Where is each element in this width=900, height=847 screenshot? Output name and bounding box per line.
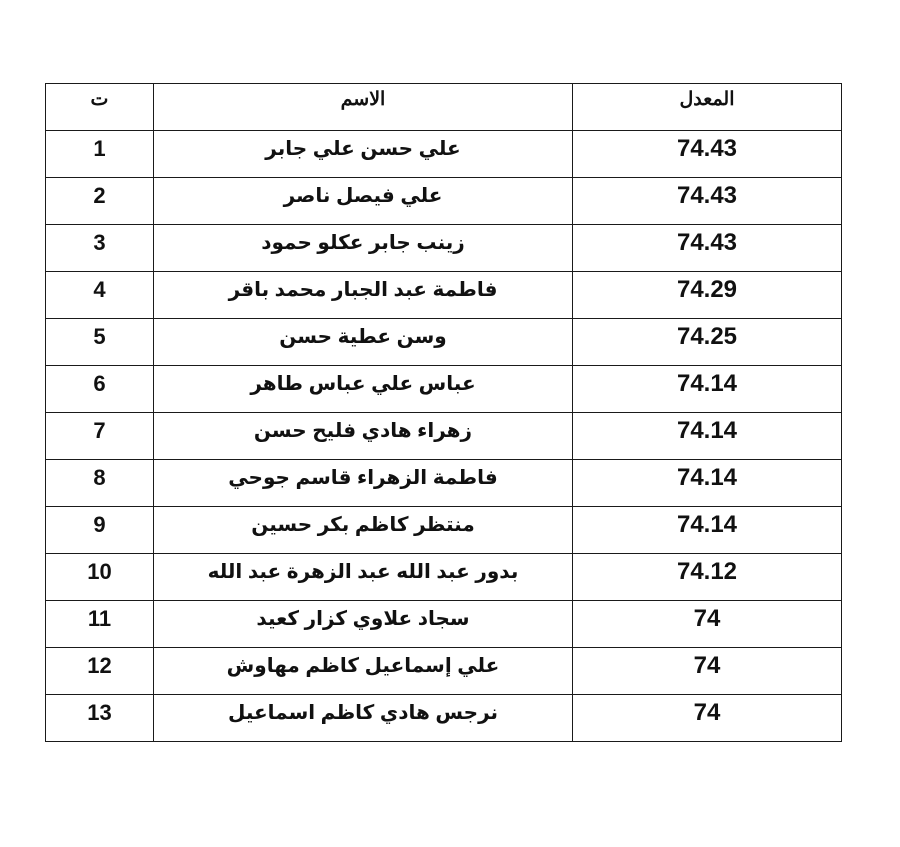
table-row: 11سجاد علاوي كزار كعيد74 [46,601,842,648]
table-row: 13نرجس هادي كاظم اسماعيل74 [46,695,842,742]
table-header-row: ت الاسم المعدل [46,84,842,131]
header-name: الاسم [154,84,573,131]
row-number: 9 [46,507,154,554]
row-number: 13 [46,695,154,742]
row-number: 8 [46,460,154,507]
row-number: 10 [46,554,154,601]
row-number: 2 [46,178,154,225]
row-average: 74.14 [573,460,842,507]
students-average-table: ت الاسم المعدل 1علي حسن علي جابر74.432عل… [45,83,842,742]
row-number: 11 [46,601,154,648]
table-row: 2علي فيصل ناصر74.43 [46,178,842,225]
row-number: 12 [46,648,154,695]
row-name: بدور عبد الله عبد الزهرة عبد الله [154,554,573,601]
row-name: عباس علي عباس طاهر [154,366,573,413]
row-number: 7 [46,413,154,460]
row-average: 74.29 [573,272,842,319]
table-row: 1علي حسن علي جابر74.43 [46,131,842,178]
row-name: نرجس هادي كاظم اسماعيل [154,695,573,742]
row-name: علي إسماعيل كاظم مهاوش [154,648,573,695]
table-row: 10بدور عبد الله عبد الزهرة عبد الله74.12 [46,554,842,601]
row-number: 1 [46,131,154,178]
row-average: 74 [573,695,842,742]
row-average: 74.43 [573,131,842,178]
row-number: 3 [46,225,154,272]
row-name: وسن عطية حسن [154,319,573,366]
table-row: 5وسن عطية حسن74.25 [46,319,842,366]
table-row: 6عباس علي عباس طاهر74.14 [46,366,842,413]
row-name: زينب جابر عكلو حمود [154,225,573,272]
table-row: 8فاطمة الزهراء قاسم جوحي74.14 [46,460,842,507]
row-average: 74.14 [573,366,842,413]
row-average: 74 [573,601,842,648]
table-row: 4فاطمة عبد الجبار محمد باقر74.29 [46,272,842,319]
row-average: 74.14 [573,507,842,554]
row-average: 74.43 [573,225,842,272]
row-name: منتظر كاظم بكر حسين [154,507,573,554]
row-average: 74.12 [573,554,842,601]
header-average: المعدل [573,84,842,131]
row-name: فاطمة الزهراء قاسم جوحي [154,460,573,507]
table-row: 9منتظر كاظم بكر حسين74.14 [46,507,842,554]
row-name: علي حسن علي جابر [154,131,573,178]
row-name: علي فيصل ناصر [154,178,573,225]
row-name: زهراء هادي فليح حسن [154,413,573,460]
table-row: 3زينب جابر عكلو حمود74.43 [46,225,842,272]
row-number: 4 [46,272,154,319]
row-name: فاطمة عبد الجبار محمد باقر [154,272,573,319]
table-row: 12علي إسماعيل كاظم مهاوش74 [46,648,842,695]
header-number: ت [46,84,154,131]
row-number: 5 [46,319,154,366]
row-average: 74.25 [573,319,842,366]
row-number: 6 [46,366,154,413]
row-average: 74.14 [573,413,842,460]
row-average: 74.43 [573,178,842,225]
row-name: سجاد علاوي كزار كعيد [154,601,573,648]
row-average: 74 [573,648,842,695]
table-row: 7زهراء هادي فليح حسن74.14 [46,413,842,460]
